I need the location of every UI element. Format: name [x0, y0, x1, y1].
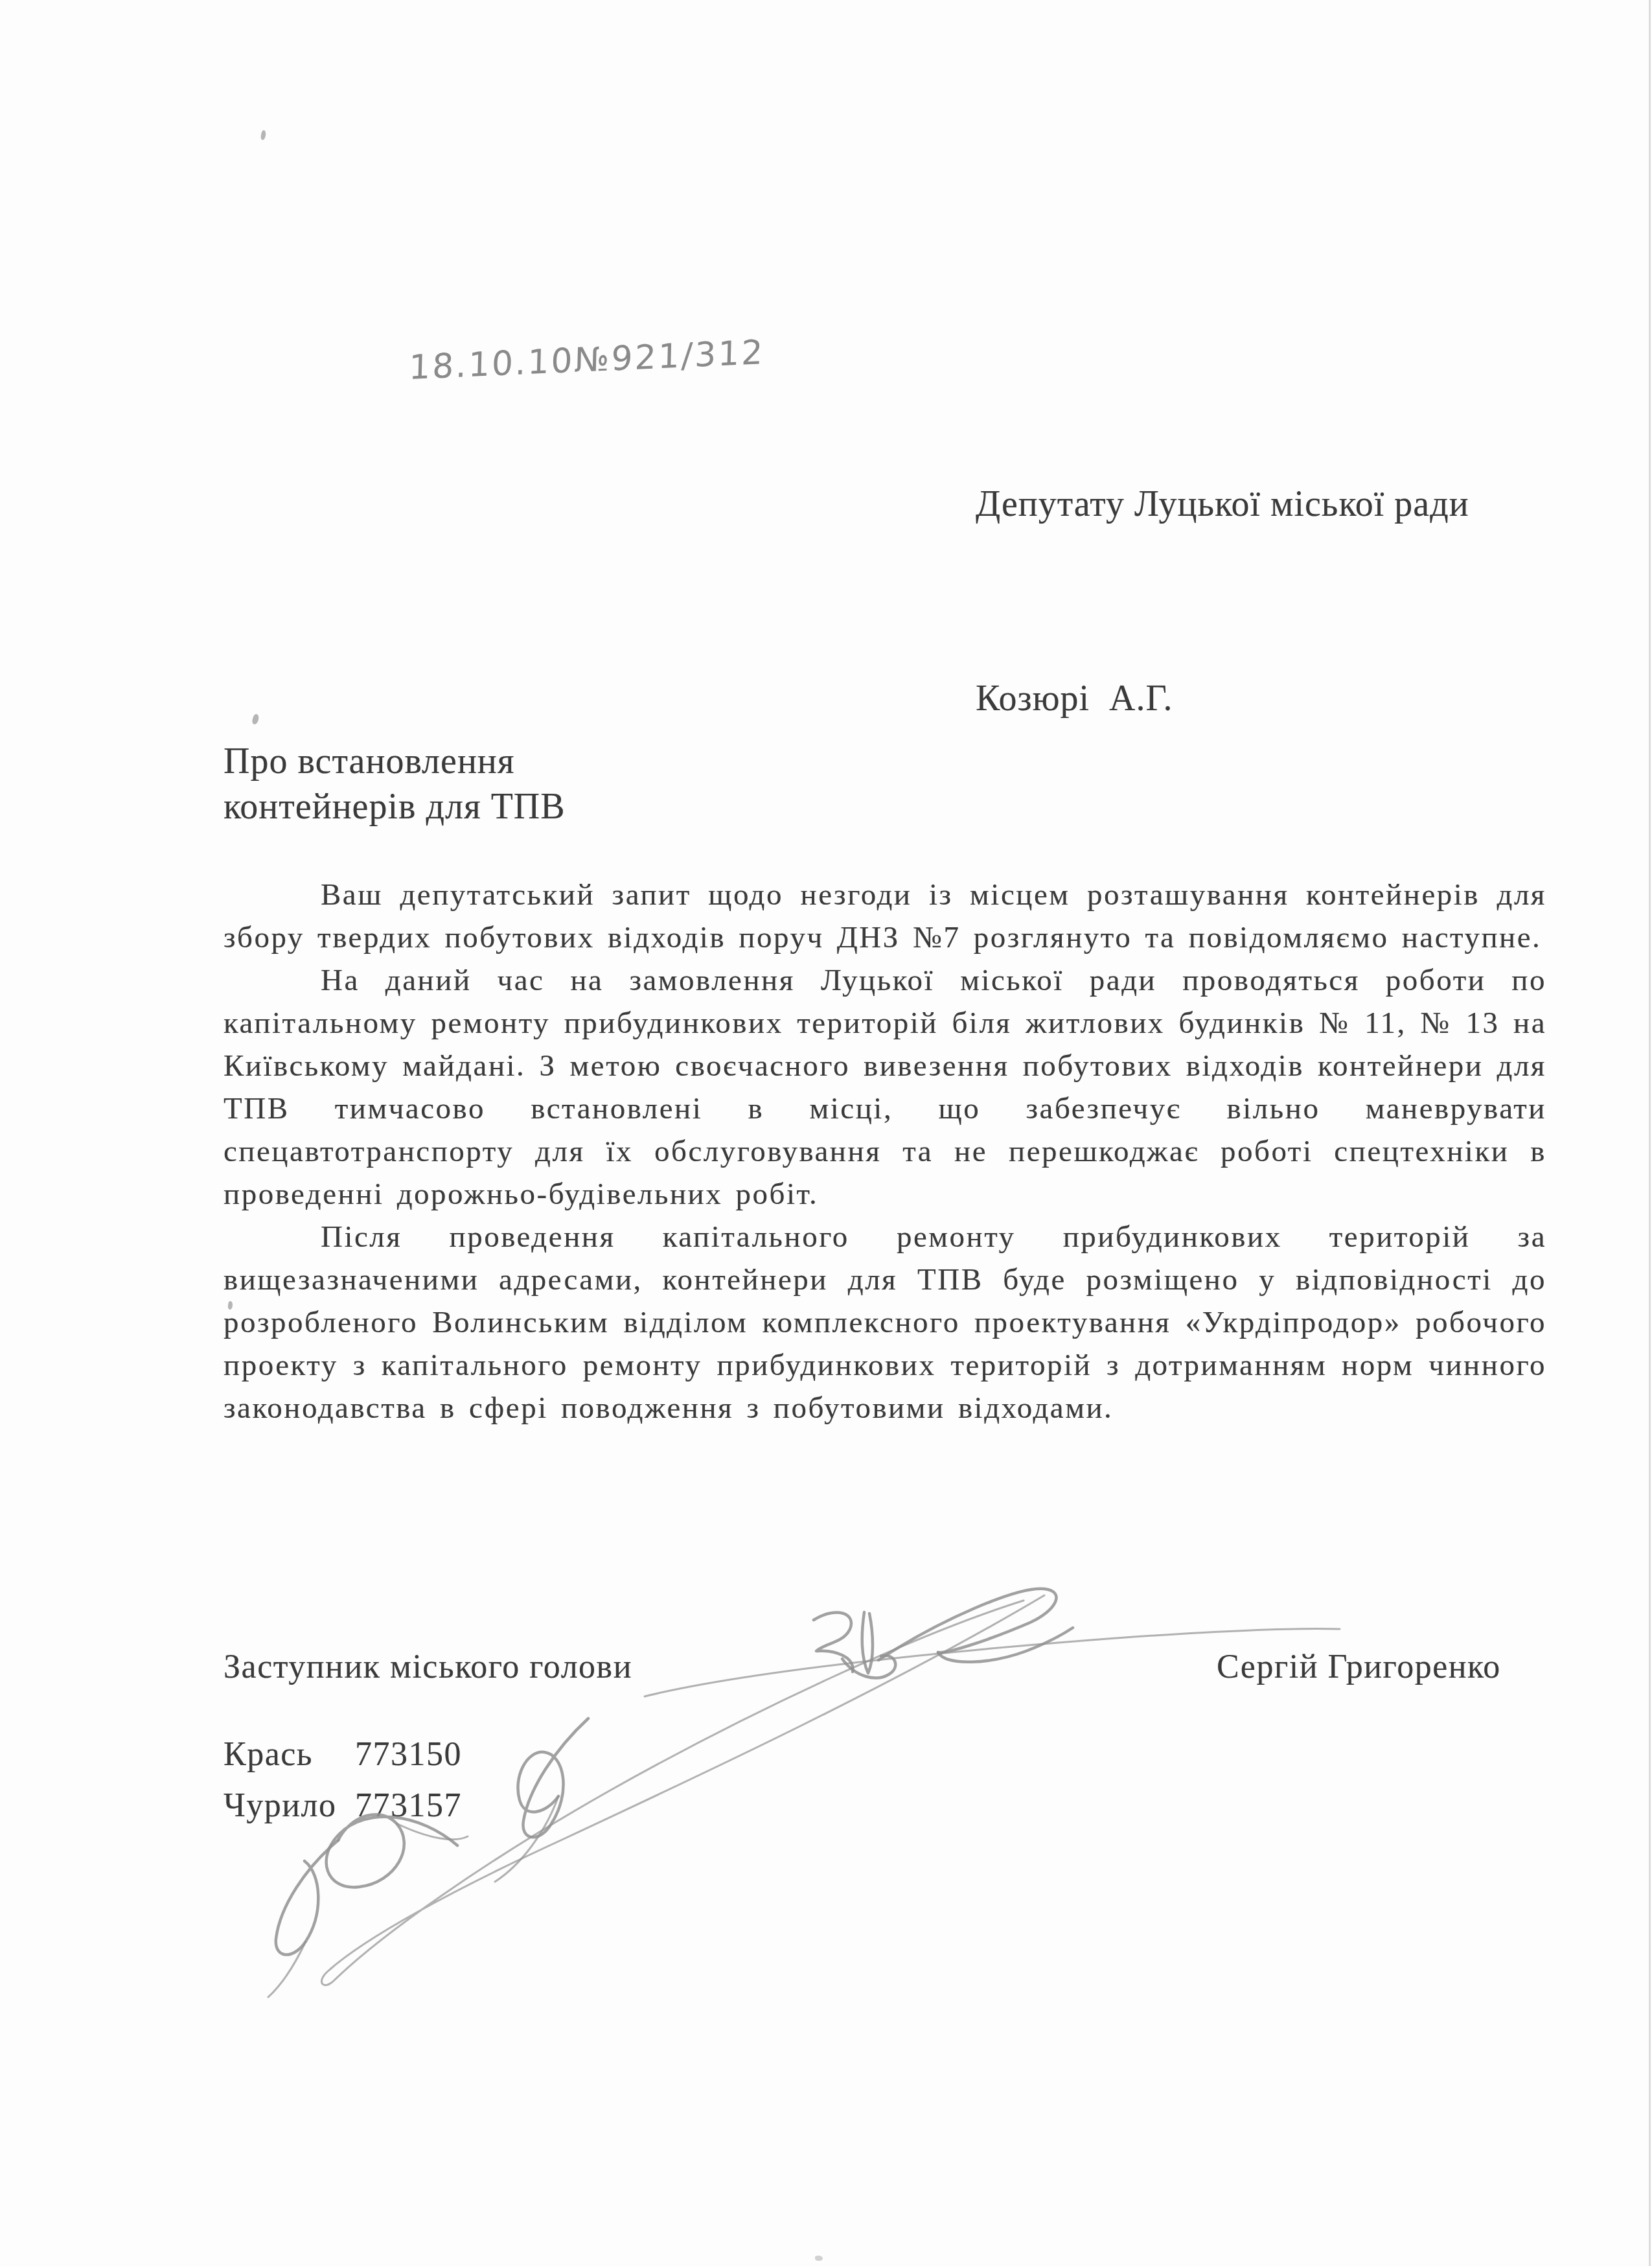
letter-body: Ваш депутатський запит щодо незгоди із м… [224, 873, 1546, 1429]
contact-phone: 773150 [355, 1735, 462, 1774]
signoff-title: Заступник міського голови [224, 1648, 632, 1686]
signoff-name: Сергій Григоренко [1217, 1648, 1501, 1686]
signature-stroke [268, 1941, 306, 1997]
scan-speck [815, 2256, 823, 2261]
signature-stroke [276, 1840, 338, 1955]
scan-speck [260, 130, 267, 140]
scan-edge-line [1649, 0, 1651, 2266]
subject-block: Про встановлення контейнерів для ТПВ [224, 739, 566, 829]
contact-name: Крась [224, 1735, 313, 1774]
recipient-line-1: Депутату Луцької міської ради [976, 472, 1469, 537]
paragraph-3: Після проведення капітального ремонту пр… [224, 1216, 1546, 1429]
contact-row-churylo: Чурило 773157 [0, 1786, 1652, 1832]
recipient-block: Депутату Луцької міської ради Козюрі А.Г… [976, 342, 1469, 861]
paragraph-1: Ваш депутатський запит щодо незгоди із м… [224, 873, 1546, 959]
signature-stroke [938, 1628, 1073, 1662]
signature-stroke [842, 1656, 895, 1678]
contact-name: Чурило [224, 1786, 337, 1825]
signature-stroke [862, 1612, 873, 1673]
recipient-line-2: Козюрі А.Г. [976, 666, 1469, 731]
scanned-letter-page: 18.10.10№921/312 Депутату Луцької місько… [0, 0, 1652, 2266]
contact-phone: 773157 [355, 1786, 462, 1825]
contact-row-kras: Крась 773150 [0, 1735, 1652, 1781]
paragraph-2: На даний час на замовлення Луцької міськ… [224, 959, 1546, 1216]
handwritten-reference-number: 18.10.10№921/312 [408, 331, 810, 387]
subject-line-1: Про встановлення [224, 739, 566, 784]
scan-speck [251, 713, 260, 725]
subject-line-2: контейнерів для ТПВ [224, 784, 566, 829]
signature-stroke [878, 1589, 1057, 1660]
signature-stroke [814, 1612, 853, 1672]
